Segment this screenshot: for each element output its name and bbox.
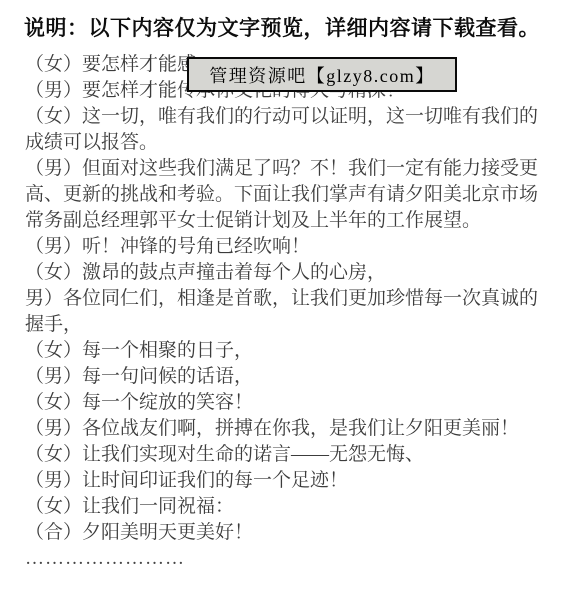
script-line: （男）听！冲锋的号角已经吹响！	[25, 234, 560, 260]
script-line: （男）让时间印证我们的每一个足迹！	[25, 468, 560, 494]
watermark-label: 管理资源吧【glzy8.com】	[209, 62, 434, 88]
script-line: 常务副总经理郭平女士促销计划及上半年的工作展望。	[25, 208, 560, 234]
script-line: 高、更新的挑战和考验。下面让我们掌声有请夕阳美北京市场	[25, 182, 560, 208]
script-line: 成绩可以报答。	[25, 130, 560, 156]
script-line: （女）让我们一同祝福：	[25, 494, 560, 520]
script-line: （女）这一切，唯有我们的行动可以证明，这一切唯有我们的	[25, 104, 560, 130]
preview-page: 说明：以下内容仅为文字预览，详细内容请下载查看。 （女）要怎样才能感 （男）要怎…	[0, 0, 578, 600]
script-line: （女）激昂的鼓点声撞击着每个人的心房，	[25, 260, 560, 286]
script-line: （女）让我们实现对生命的诺言——无怨无悔、	[25, 442, 560, 468]
watermark-box: 管理资源吧【glzy8.com】	[187, 57, 457, 92]
script-line: （女）每一个绽放的笑容！	[25, 390, 560, 416]
script-line: （男）各位战友们啊，拼搏在你我，是我们让夕阳更美丽！	[25, 416, 560, 442]
notice-heading: 说明：以下内容仅为文字预览，详细内容请下载查看。	[24, 12, 540, 42]
ellipsis-row: ……………………	[25, 546, 560, 572]
script-line: （女）每一个相聚的日子，	[25, 338, 560, 364]
script-line: 男）各位同仁们，相逢是首歌，让我们更加珍惜每一次真诚的	[25, 286, 560, 312]
script-line: 握手，	[25, 312, 560, 338]
script-line: （合）夕阳美明天更美好！	[25, 520, 560, 546]
preview-text: （女）要怎样才能感 （男）要怎样才能传承你文化的博大与精深！ （女）这一切，唯有…	[25, 52, 560, 572]
script-line: （男）每一句问候的话语，	[25, 364, 560, 390]
script-line: （男）但面对这些我们满足了吗？不！我们一定有能力接受更	[25, 156, 560, 182]
